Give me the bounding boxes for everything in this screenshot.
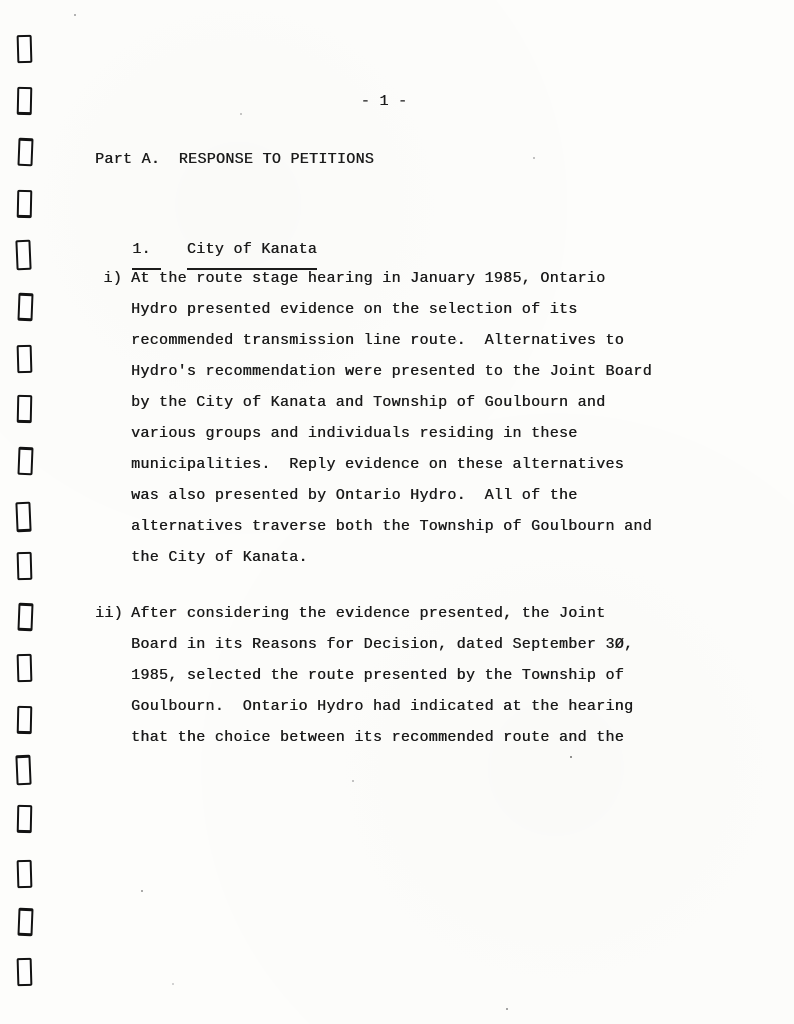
binding-hole (17, 35, 33, 63)
binding-holes-column (0, 0, 60, 1024)
binding-hole (17, 447, 33, 476)
binding-hole (17, 190, 33, 218)
binding-hole (17, 293, 33, 322)
part-heading: Part A. RESPONSE TO PETITIONS (95, 144, 374, 175)
paragraph-i-marker: i) (95, 263, 122, 294)
page-number: - 1 - (0, 86, 781, 117)
binding-hole (17, 805, 33, 833)
binding-hole (17, 395, 33, 423)
binding-hole (17, 552, 33, 580)
binding-hole (17, 345, 33, 373)
binding-hole (15, 502, 31, 533)
paragraph-ii-marker: ii) (95, 598, 122, 629)
paragraph-i-text: At the route stage hearing in January 19… (131, 263, 661, 573)
scanned-document-page: - 1 - Part A. RESPONSE TO PETITIONS 1.Ci… (0, 0, 794, 1024)
paragraph-ii-text: After considering the evidence presented… (131, 598, 661, 753)
paragraph-i: i) At the route stage hearing in January… (95, 263, 661, 573)
binding-hole (17, 958, 33, 986)
scan-noise-specks (74, 14, 76, 16)
binding-hole (17, 603, 33, 632)
binding-hole (17, 654, 33, 682)
binding-hole (17, 908, 33, 937)
binding-hole (15, 755, 31, 786)
binding-hole (17, 138, 33, 167)
binding-hole (17, 706, 33, 734)
binding-hole (15, 240, 31, 271)
binding-hole (17, 860, 33, 888)
paragraph-ii: ii) After considering the evidence prese… (95, 598, 661, 753)
